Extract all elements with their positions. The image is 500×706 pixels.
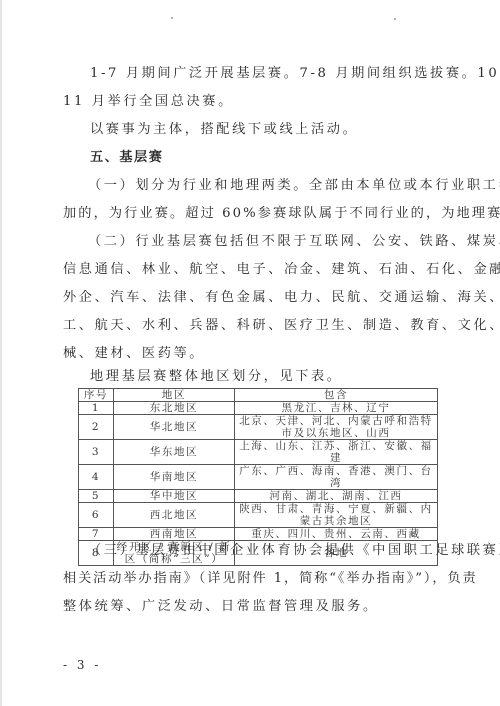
region-table: 序号 地区 包含 1 东北地区 黑龙江、吉林、辽宁 2 华北地区 北京、天津、河… [78, 388, 438, 566]
cell-no: 7 [79, 528, 114, 541]
cell-includes: 上海、山东、江苏、浙江、安徽、福建 [235, 440, 438, 465]
clause-2-line3: 外企、汽车、法律、有色金属、电力、民航、交通运输、海关、化 [63, 290, 500, 306]
header-includes: 包含 [235, 389, 438, 402]
table-row: 7 西南地区 重庆、四川、贵州、云南、西藏 [79, 528, 438, 541]
cell-region: 东北地区 [114, 402, 235, 415]
table-header-row: 序号 地区 包含 [79, 389, 438, 402]
page-number: - 3 - [63, 658, 101, 672]
table-intro: 地理基层赛整体地区划分，见下表。 [90, 369, 343, 385]
clause-1-line2: 加的，为行业赛。超过 60%参赛球队属于不同行业的，为地理赛。 [63, 206, 500, 222]
clause-3-line3: 整体统筹、广泛发动、日常监督管理及服务。 [63, 599, 379, 615]
table-row: 1 东北地区 黑龙江、吉林、辽宁 [79, 402, 438, 415]
clause-3-line2: 相关活动举办指南》（详见附件 1，简称“《举办指南》”），负责 [63, 571, 478, 587]
cell-includes: 北京、天津、河北、内蒙古呼和浩特市及以东地区、山西 [235, 415, 438, 440]
clause-2-line2: 信息通信、林业、航空、电子、冶金、建筑、石油、石化、金融、 [63, 262, 500, 278]
table-row: 3 华东地区 上海、山东、江苏、浙江、安徽、福建 [79, 440, 438, 465]
cell-region: 华北地区 [114, 415, 235, 440]
section-heading: 五、基层赛 [90, 150, 163, 166]
table-row: 6 西北地区 陕西、甘肃、青海、宁夏、新疆、内蒙古其余地区 [79, 503, 438, 528]
table-row: 2 华北地区 北京、天津、河北、内蒙古呼和浩特市及以东地区、山西 [79, 415, 438, 440]
header-region: 地区 [114, 389, 235, 402]
cell-region: 西南地区 [114, 528, 235, 541]
cell-includes: 广东、广西、海南、香港、澳门、台湾 [235, 465, 438, 490]
cell-region: 西北地区 [114, 503, 235, 528]
paragraph-format: 以赛事为主体，搭配线下或线上活动。 [90, 122, 358, 138]
cell-region: 华中地区 [114, 490, 235, 503]
cell-no: 5 [79, 490, 114, 503]
cell-includes: 黑龙江、吉林、辽宁 [235, 402, 438, 415]
cell-no: 4 [79, 465, 114, 490]
cell-includes: 河南、湖北、湖南、江西 [235, 490, 438, 503]
page-edge [0, 0, 2, 706]
scan-speck [171, 17, 173, 19]
scan-speck [394, 18, 396, 20]
cell-no: 2 [79, 415, 114, 440]
cell-no: 6 [79, 503, 114, 528]
clause-2-line4: 工、航天、水利、兵器、科研、医疗卫生、制造、教育、文化、机 [63, 318, 500, 334]
clause-2-line1: （二）行业基层赛包括但不限于互联网、公安、铁路、煤炭、 [88, 234, 500, 250]
paragraph-schedule-line1: 1-7 月期间广泛开展基层赛。7-8 月期间组织选拔赛。10 月或 [90, 66, 500, 82]
clause-1-line1: （一）划分为行业和地理两类。全部由本单位或本行业职工参 [88, 178, 500, 194]
cell-region: 华东地区 [114, 440, 235, 465]
cell-includes: 陕西、甘肃、青海、宁夏、新疆、内蒙古其余地区 [235, 503, 438, 528]
header-no: 序号 [79, 389, 114, 402]
clause-3-line1: （三）基层赛由中国企业体育协会提供《中国职工足球联赛及 [88, 543, 500, 559]
table-row: 4 华南地区 广东、广西、海南、香港、澳门、台湾 [79, 465, 438, 490]
clause-2-line5: 械、建材、医药等。 [63, 346, 205, 362]
cell-no: 1 [79, 402, 114, 415]
paragraph-schedule-line2: 11 月举行全国总决赛。 [63, 94, 234, 110]
cell-no: 3 [79, 440, 114, 465]
table-row: 5 华中地区 河南、湖北、湖南、江西 [79, 490, 438, 503]
cell-includes: 重庆、四川、贵州、云南、西藏 [235, 528, 438, 541]
cell-region: 华南地区 [114, 465, 235, 490]
